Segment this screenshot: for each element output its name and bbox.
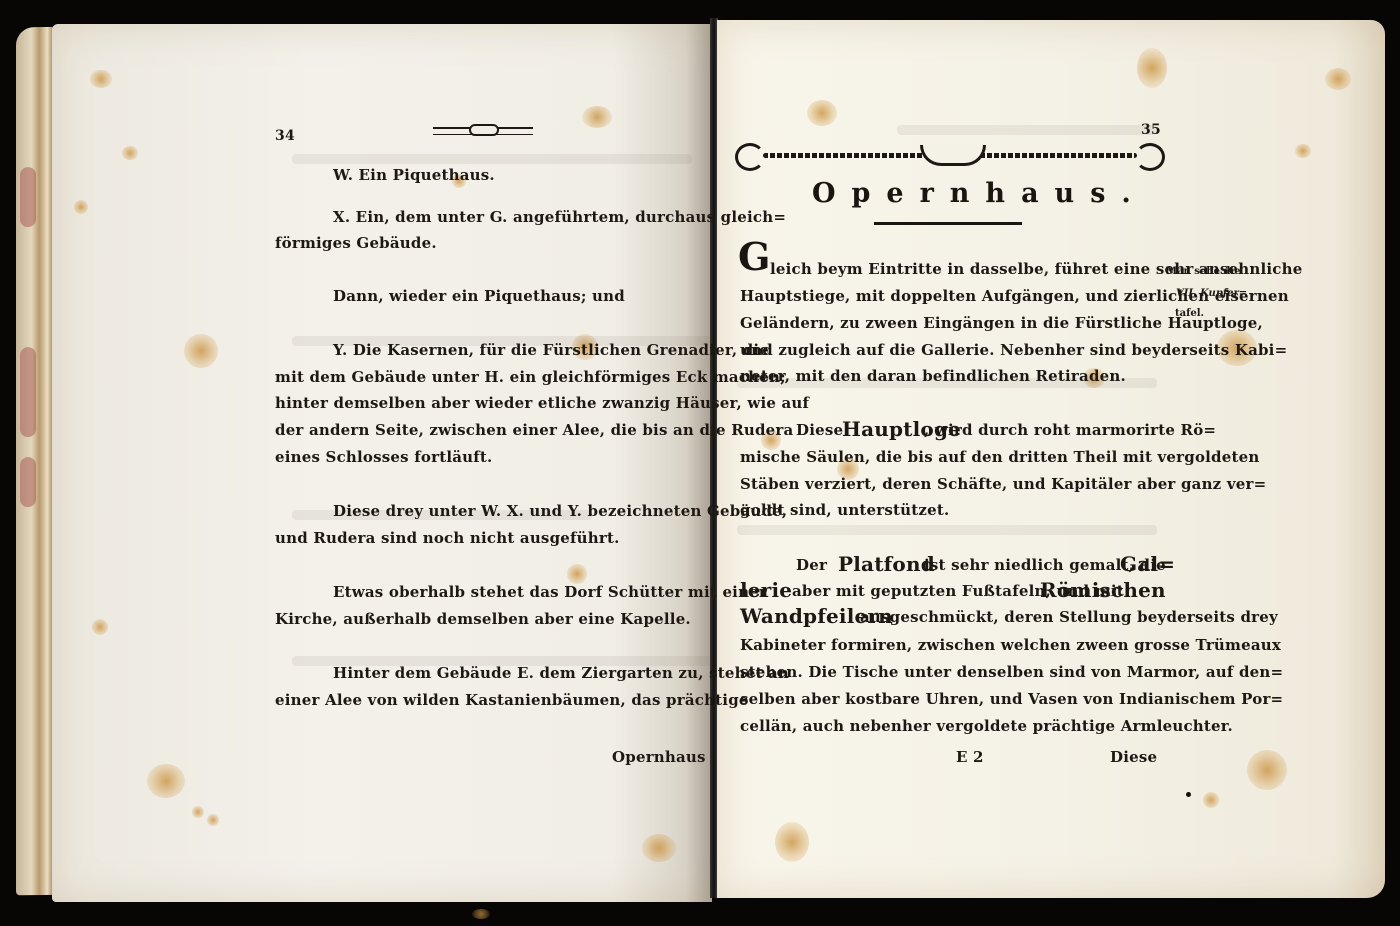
text-line: Kabineter formiren, zwischen welchen zwe… — [740, 636, 1281, 654]
foxing-spot — [582, 106, 612, 128]
text-line: selben aber kostbare Uhren, und Vasen vo… — [740, 690, 1283, 708]
text-line: eines Schlosses fortläuft. — [275, 448, 492, 466]
emphasized-word: Gal= — [1120, 552, 1175, 576]
text-line: und zugleich auf die Gallerie. Nebenher … — [740, 341, 1287, 359]
show-through — [292, 154, 692, 164]
text-line: goldt sind, unterstützet. — [740, 501, 949, 519]
foxing-spot — [1295, 144, 1311, 158]
ink-dot — [1186, 792, 1191, 797]
text-line: W. Ein Piquethaus. — [333, 166, 495, 184]
emphasized-word: Römischen — [1040, 578, 1166, 602]
text-line: Etwas oberhalb stehet das Dorf Schütter … — [333, 583, 767, 601]
ornament-center-flourish — [920, 145, 986, 166]
foxing-spot — [1325, 68, 1351, 90]
foxing-spot — [74, 200, 88, 214]
foxing-spot — [122, 146, 138, 160]
emphasized-word: Platfond — [838, 552, 935, 576]
ornament-scroll-right — [1135, 143, 1165, 171]
text-line: mische Säulen, die bis auf den dritten T… — [740, 448, 1259, 466]
foxing-spot — [1247, 750, 1287, 790]
foxing-spot — [90, 70, 112, 88]
text-line: , wird durch roht marmorirte Rö= — [924, 421, 1216, 439]
show-through — [897, 125, 1157, 135]
emphasized-word: lerie — [740, 578, 792, 602]
foxing-spot — [567, 564, 587, 584]
margin-note-line: tafel. — [1175, 308, 1204, 319]
catchword-right: Diese — [1110, 748, 1157, 766]
foxing-spot — [92, 619, 108, 635]
text-line: Hinter dem Gebäude E. dem Ziergarten zu,… — [333, 664, 789, 682]
text-line: hinter demselben aber wieder etliche zwa… — [275, 394, 809, 412]
header-rule-ornament — [433, 127, 533, 135]
title-underline — [874, 222, 1022, 225]
foxing-spot — [207, 814, 219, 826]
foxing-spot — [192, 806, 204, 818]
text-line: förmiges Gebäude. — [275, 234, 437, 252]
red-stain — [20, 167, 36, 227]
catchword-left: Opernhaus — [612, 748, 706, 766]
foxing-spot — [1137, 48, 1167, 88]
margin-note-line: Man sehe die — [1166, 266, 1241, 277]
foxing-spot — [1203, 792, 1219, 808]
text-line: neter, mit den daran befindlichen Retira… — [740, 367, 1126, 385]
red-stain — [20, 347, 36, 437]
foxing-spot — [147, 764, 185, 798]
text-line: mit dem Gebäude unter H. ein gleichförmi… — [275, 368, 786, 386]
drop-cap: G — [738, 238, 770, 276]
foxing-spot — [775, 822, 809, 862]
text-line: stehen. Die Tische unter denselben sind … — [740, 663, 1283, 681]
text-line: Stäben verziert, deren Schäfte, und Kapi… — [740, 475, 1266, 493]
text-line: Diese — [796, 421, 843, 439]
text-line: und Rudera sind noch nicht ausgeführt. — [275, 529, 620, 547]
signature-mark: E 2 — [956, 748, 984, 766]
page-number-right: 35 — [1141, 122, 1161, 138]
text-line: cellän, auch nebenher vergoldete prächti… — [740, 717, 1233, 735]
show-through — [737, 525, 1157, 535]
text-line: einer Alee von wilden Kastanienbäumen, d… — [275, 691, 749, 709]
foxing-spot — [472, 909, 490, 919]
rule-knot — [469, 124, 499, 136]
text-line: Diese drey unter W. X. und Y. bezeichnet… — [333, 502, 787, 520]
book-spread: 34 W. Ein Piquethaus.X. Ein, dem unter G… — [0, 0, 1400, 926]
chapter-title: Opernhaus. — [812, 178, 1147, 209]
text-line: ausgeschmückt, deren Stellung beyderseit… — [860, 608, 1278, 626]
page-number-left: 34 — [275, 128, 295, 144]
margin-note-line: VII. Kupfer= — [1176, 288, 1247, 299]
ornament-scroll-left — [735, 143, 765, 171]
text-line: Der — [796, 556, 827, 574]
text-line: Kirche, außerhalb demselben aber eine Ka… — [275, 610, 691, 628]
text-line: X. Ein, dem unter G. angeführtem, durcha… — [333, 208, 786, 226]
foxing-spot — [807, 100, 837, 126]
red-stain — [20, 457, 36, 507]
foxing-spot — [184, 334, 218, 368]
headpiece-ornament — [735, 143, 1165, 167]
text-line: der andern Seite, zwischen einer Alee, d… — [275, 421, 793, 439]
foxing-spot — [642, 834, 676, 862]
text-line: Y. Die Kasernen, für die Fürstlichen Gre… — [333, 341, 769, 359]
text-line: Dann, wieder ein Piquethaus; und — [333, 287, 625, 305]
